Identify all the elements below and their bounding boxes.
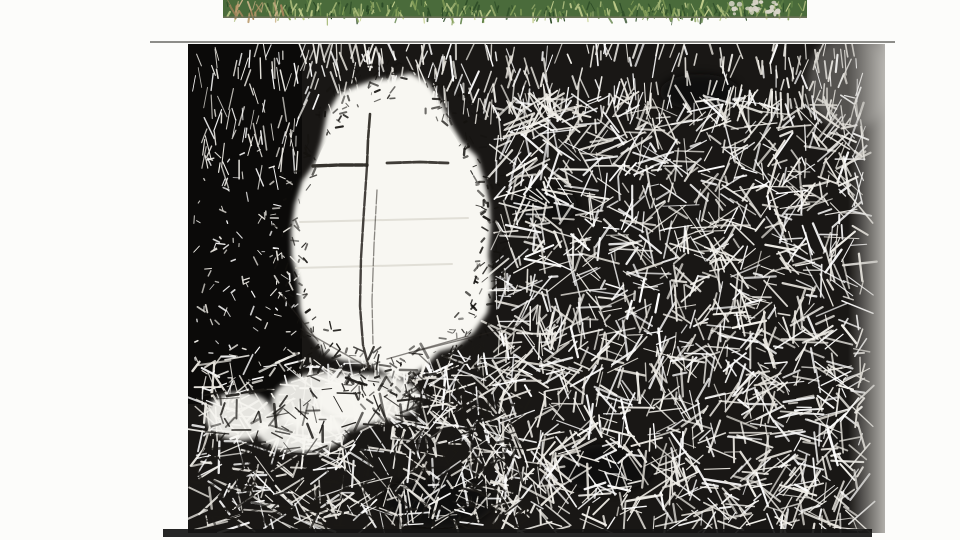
scan-canvas bbox=[0, 0, 960, 540]
photo-top-edge bbox=[150, 41, 895, 43]
color-strip-bottom-edge bbox=[223, 16, 807, 18]
scanned-page bbox=[0, 0, 960, 540]
photo-bottom-edge bbox=[163, 529, 872, 537]
photo-interior bbox=[186, 34, 892, 540]
bw-photocopy-photo bbox=[150, 34, 895, 540]
photo-right-fade bbox=[848, 44, 885, 533]
